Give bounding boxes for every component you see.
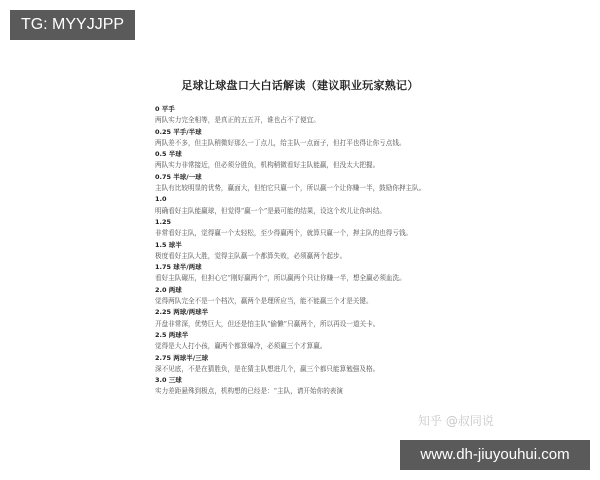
- entry-heading: 1.5 球半: [155, 240, 455, 251]
- entry-handicap-0: 0 平手 两队实力完全相等，是真正的五五开，谁也占不了便宜。: [155, 104, 455, 127]
- entry-text: 两队实力完全相等，是真正的五五开，谁也占不了便宜。: [155, 115, 455, 126]
- document-body: 0 平手 两队实力完全相等，是真正的五五开，谁也占不了便宜。 0.25 平手/半…: [155, 104, 455, 398]
- entry-text: 觉得是大人打小孩，赢两个都算爆冷，必须赢三个才算赢。: [155, 341, 455, 352]
- entry-handicap-0-5: 0.5 半球 两队实力非常接近，但必须分胜负，机构稍微看好主队能赢，但没太大把握…: [155, 149, 455, 172]
- website-badge: www.dh-jiuyouhui.com: [400, 440, 590, 470]
- entry-heading: 2.75 两球半/三球: [155, 353, 455, 364]
- entry-handicap-2-75: 2.75 两球半/三球 深不见底，不是在猜胜负，是在猜主队想进几个，赢三个都只能…: [155, 353, 455, 376]
- entry-heading: 1.25: [155, 217, 455, 228]
- entry-handicap-1-75: 1.75 球半/两球 看好主队碾压，但担心它“刚好赢两个”，所以赢两个只让你赚一…: [155, 262, 455, 285]
- entry-text: 两队实力非常接近，但必须分胜负，机构稍微看好主队能赢，但没太大把握。: [155, 160, 455, 171]
- entry-text: 极度看好主队大胜，觉得主队赢一个都算失败，必须赢两个起步。: [155, 251, 455, 262]
- entry-heading: 2.5 两球半: [155, 330, 455, 341]
- tg-badge: TG: MYYJJPP: [10, 10, 135, 40]
- entry-handicap-1-25: 1.25 非常看好主队，觉得赢一个太轻松，至少得赢两个，就算只赢一个，押主队的也…: [155, 217, 455, 240]
- entry-heading: 0.5 半球: [155, 149, 455, 160]
- entry-text: 两队差不多，但主队稍微好那么一丁点儿，给主队一点面子，但打平也得让你亏点钱。: [155, 138, 455, 149]
- entry-handicap-3-0: 3.0 三球 实力差距悬殊到极点，机构想的已经是：“主队，请开始你的表演: [155, 375, 455, 398]
- entry-heading: 1.0: [155, 194, 455, 205]
- entry-handicap-0-75: 0.75 半球/一球 主队有比较明显的优势，赢面大，但怕它只赢一个，所以赢一个让…: [155, 172, 455, 195]
- entry-handicap-1-0: 1.0 明确看好主队能赢球，但觉得“赢一个”是最可能的结果，设这个坎儿让你纠结。: [155, 194, 455, 217]
- entry-handicap-1-5: 1.5 球半 极度看好主队大胜，觉得主队赢一个都算失败，必须赢两个起步。: [155, 240, 455, 263]
- entry-text: 非常看好主队，觉得赢一个太轻松，至少得赢两个，就算只赢一个，押主队的也得亏钱。: [155, 228, 455, 239]
- entry-text: 开盘非常深，优势巨大，但还是怕主队“偷懒”只赢两个，所以再设一道关卡。: [155, 319, 455, 330]
- zhihu-watermark: 知乎 @叔同说: [418, 412, 494, 429]
- entry-text: 主队有比较明显的优势，赢面大，但怕它只赢一个，所以赢一个让你赚一半，鼓励你押主队…: [155, 183, 455, 194]
- entry-handicap-2-25: 2.25 两球/两球半 开盘非常深，优势巨大，但还是怕主队“偷懒”只赢两个，所以…: [155, 307, 455, 330]
- entry-handicap-2-0: 2.0 两球 觉得两队完全不是一个档次，赢两个是理所应当，能不能赢三个才是关键。: [155, 285, 455, 308]
- entry-text: 实力差距悬殊到极点，机构想的已经是：“主队，请开始你的表演: [155, 386, 455, 397]
- entry-heading: 0 平手: [155, 104, 455, 115]
- entry-handicap-0-25: 0.25 平手/半球 两队差不多，但主队稍微好那么一丁点儿，给主队一点面子，但打…: [155, 127, 455, 150]
- entry-heading: 2.25 两球/两球半: [155, 307, 455, 318]
- entry-handicap-2-5: 2.5 两球半 觉得是大人打小孩，赢两个都算爆冷，必须赢三个才算赢。: [155, 330, 455, 353]
- entry-heading: 1.75 球半/两球: [155, 262, 455, 273]
- entry-text: 深不见底，不是在猜胜负，是在猜主队想进几个，赢三个都只能算勉强及格。: [155, 364, 455, 375]
- entry-heading: 0.75 半球/一球: [155, 172, 455, 183]
- entry-text: 觉得两队完全不是一个档次，赢两个是理所应当，能不能赢三个才是关键。: [155, 296, 455, 307]
- entry-text: 看好主队碾压，但担心它“刚好赢两个”，所以赢两个只让你赚一半，想全赢必须血洗。: [155, 273, 455, 284]
- entry-heading: 2.0 两球: [155, 285, 455, 296]
- entry-heading: 3.0 三球: [155, 375, 455, 386]
- entry-heading: 0.25 平手/半球: [155, 127, 455, 138]
- entry-text: 明确看好主队能赢球，但觉得“赢一个”是最可能的结果，设这个坎儿让你纠结。: [155, 206, 455, 217]
- document-title: 足球让球盘口大白话解读（建议职业玩家熟记）: [140, 77, 460, 93]
